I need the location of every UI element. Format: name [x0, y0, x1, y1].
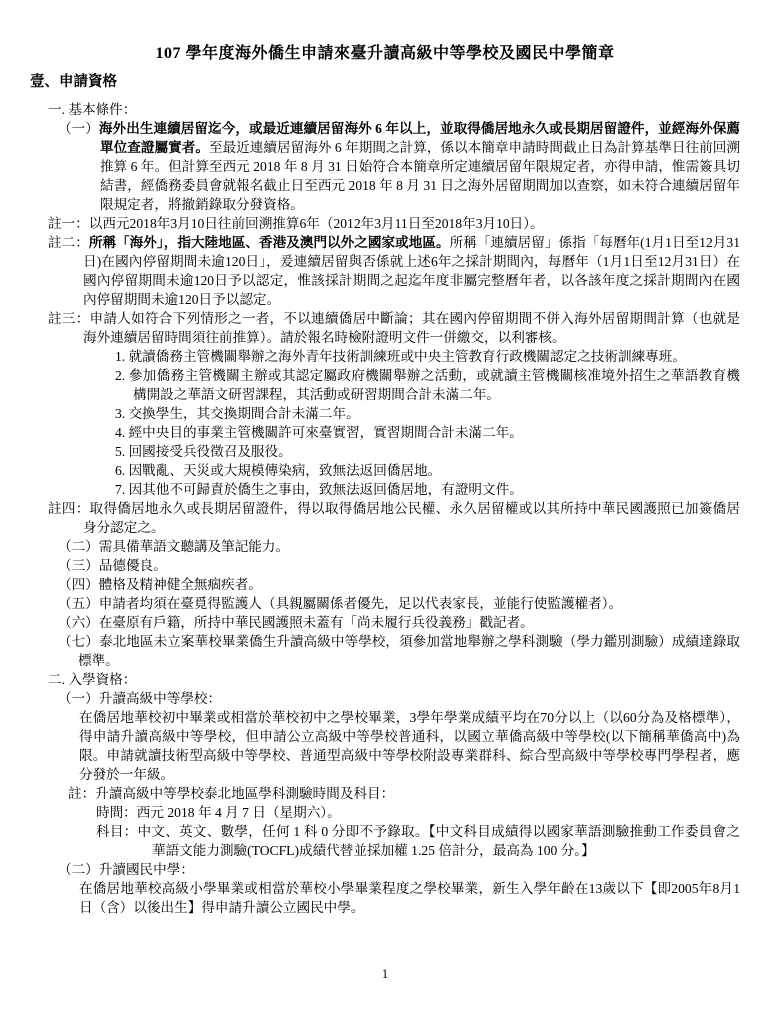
- clause-4-health-text: 體格及精神健全無痼疾者。: [99, 577, 262, 592]
- clause-6-household-registration-text: 在臺原有戶籍，所持中華民國護照未蓋有「尚未履行兵役義務」戳記者。: [99, 615, 534, 630]
- note-3-list-item-5: 5. 回國接受兵役徵召及服役。: [0, 442, 770, 461]
- body-senior-high-text: 在僑居地華校初中畢業或相當於華校初中之學校畢業，3學年學業成績平均在70分以上（…: [79, 710, 740, 782]
- clause-2-language-ability: （二）需具備華語文聽講及筆記能力。: [0, 537, 770, 556]
- clause-5-guardian: （五）申請者均須在臺覓得監護人（具親屬關係者優先，足以代表家長，並能行使監護權者…: [0, 594, 770, 613]
- note-subject-test: 註：升讀高級中等學校泰北地區學科測驗時間及科目：: [0, 784, 770, 803]
- note-3-list-item-5-text: 5. 回國接受兵役徵召及服役。: [115, 444, 292, 459]
- test-subjects-text: 科目：中文、英文、數學，任何 1 科 0 分即不予錄取。【中文科目成績得以國家華…: [96, 824, 740, 858]
- note-3-list-item-6: 6. 因戰亂、天災或大規模傳染病，致無法返回僑居地。: [0, 461, 770, 480]
- note-3-list-item-4-text: 4. 經中央目的事業主管機關許可來臺實習，實習期間合計未滿二年。: [115, 425, 523, 440]
- clause-6-household-registration: （六）在臺原有戶籍，所持中華民國護照未蓋有「尚未履行兵役義務」戳記者。: [0, 613, 770, 632]
- clause-2-language-ability-text: 需具備華語文聽講及筆記能力。: [99, 539, 289, 554]
- note-4: 註四：取得僑居地永久或長期居留證件，得以取得僑居地公民權、永久居留權或以其所持中…: [0, 499, 770, 537]
- clause-3-conduct: （三）品德優良。: [0, 556, 770, 575]
- clause-5-guardian-text: 申請者均須在臺覓得監護人（具親屬關係者優先，足以代表家長，並能行使監護權者）。: [99, 596, 622, 611]
- heading-basic-conditions: 一. 基本條件：: [0, 100, 770, 119]
- test-subjects: 科目：中文、英文、數學，任何 1 科 0 分即不予錄取。【中文科目成績得以國家華…: [0, 822, 770, 860]
- heading-application-eligibility-text: 壹、申請資格: [30, 74, 117, 90]
- note-3-list-item-2: 2. 參加僑務主管機關主辦或其認定屬政府機關舉辦之活動，或就讀主管機關核准境外招…: [0, 366, 770, 404]
- page-number: 1: [0, 966, 770, 982]
- subheading-senior-high-text: （一）升讀高級中等學校：: [58, 691, 221, 706]
- note-3-list-item-3-text: 3. 交換學生，其交換期間合計未滿二年。: [115, 406, 360, 421]
- note-3-list-item-7: 7. 因其他不可歸責於僑生之事由，致無法返回僑居地，有證明文件。: [0, 480, 770, 499]
- note-3-list-item-4: 4. 經中央目的事業主管機關許可來臺實習，實習期間合計未滿二年。: [0, 423, 770, 442]
- note-3-list-item-2-text: 2. 參加僑務主管機關主辦或其認定屬政府機關舉辦之活動，或就讀主管機關核准境外招…: [115, 368, 740, 402]
- note-3-list-item-6-text: 6. 因戰亂、天災或大規模傳染病，致無法返回僑居地。: [115, 463, 441, 478]
- note-subject-test-text: 註：升讀高級中等學校泰北地區學科測驗時間及科目：: [68, 786, 394, 801]
- clause-7-northern-thailand: （七）泰北地區未立案華校畢業僑生升讀高級中等學校，須參加當地舉辦之學科測驗（學力…: [0, 632, 770, 670]
- clause-1-overseas-residency: （一）海外出生連續居留迄今，或最近連續居留海外 6 年以上，並取得僑居地永久或長…: [0, 119, 770, 214]
- clause-5-guardian-text: （五）: [58, 596, 99, 611]
- document-page: 107 學年度海外僑生申請來臺升讀高級中等學校及國民中學簡章 壹、申請資格一. …: [0, 0, 770, 1024]
- note-3-list-item-1: 1. 就讀僑務主管機關舉辦之海外青年技術訓練班或中央主管教育行政機關認定之技術訓…: [0, 347, 770, 366]
- clause-4-health: （四）體格及精神健全無痼疾者。: [0, 575, 770, 594]
- note-4-text: 註四：取得僑居地永久或長期居留證件，得以取得僑居地公民權、永久居留權或以其所持中…: [48, 501, 740, 535]
- document-body: 壹、申請資格一. 基本條件：（一）海外出生連續居留迄今，或最近連續居留海外 6 …: [0, 73, 770, 917]
- clause-3-conduct-text: 品德優良。: [99, 558, 167, 573]
- note-3-list-item-7-text: 7. 因其他不可歸責於僑生之事由，致無法返回僑居地，有證明文件。: [115, 482, 523, 497]
- note-3-list-item-1-text: 1. 就讀僑務主管機關舉辦之海外青年技術訓練班或中央主管教育行政機關認定之技術訓…: [115, 349, 686, 364]
- clause-2-language-ability-text: （二）: [58, 539, 99, 554]
- note-3: 註三：申請人如符合下列情形之一者，不以連續僑居中斷論；其在國內停留期間不併入海外…: [0, 309, 770, 347]
- note-1-text: 註一：以西元2018年3月10日往前回溯推算6年（2012年3月11日至2018…: [48, 216, 544, 231]
- heading-application-eligibility: 壹、申請資格: [0, 73, 770, 92]
- note-1: 註一：以西元2018年3月10日往前回溯推算6年（2012年3月11日至2018…: [0, 214, 770, 233]
- clause-7-northern-thailand-text: （七）: [58, 634, 99, 649]
- subheading-junior-high-text: （二）升讀國民中學：: [58, 862, 194, 877]
- test-time: 時間：西元 2018 年 4 月 7 日（星期六）。: [0, 803, 770, 822]
- clause-3-conduct-text: （三）: [58, 558, 99, 573]
- subheading-senior-high: （一）升讀高級中等學校：: [0, 689, 770, 708]
- note-3-list-item-3: 3. 交換學生，其交換期間合計未滿二年。: [0, 404, 770, 423]
- body-senior-high: 在僑居地華校初中畢業或相當於華校初中之學校畢業，3學年學業成績平均在70分以上（…: [0, 708, 770, 784]
- heading-admission-qualifications-text: 二. 入學資格：: [48, 672, 136, 687]
- subheading-junior-high: （二）升讀國民中學：: [0, 860, 770, 879]
- body-junior-high-text: 在僑居地華校高級小學畢業或相當於華校小學畢業程度之學校畢業，新生入學年齡在13歲…: [79, 881, 740, 915]
- document-title: 107 學年度海外僑生申請來臺升讀高級中等學校及國民中學簡章: [0, 0, 770, 64]
- clause-6-household-registration-text: （六）: [58, 615, 99, 630]
- note-2-text: 所稱「海外」，指大陸地區、香港及澳門以外之國家或地區。: [89, 235, 450, 250]
- clause-7-northern-thailand-text: 泰北地區未立案華校畢業僑生升讀高級中等學校，須參加當地舉辦之學科測驗（學力鑑別測…: [78, 634, 740, 668]
- note-2: 註二：所稱「海外」，指大陸地區、香港及澳門以外之國家或地區。所稱「連續居留」係指…: [0, 233, 770, 309]
- test-time-text: 時間：西元 2018 年 4 月 7 日（星期六）。: [96, 805, 341, 820]
- note-3-text: 註三：申請人如符合下列情形之一者，不以連續僑居中斷論；其在國內停留期間不併入海外…: [48, 311, 740, 345]
- body-junior-high: 在僑居地華校高級小學畢業或相當於華校小學畢業程度之學校畢業，新生入學年齡在13歲…: [0, 879, 770, 917]
- clause-1-overseas-residency-text: （一）: [58, 121, 99, 136]
- note-2-text: 註二：: [48, 235, 89, 250]
- heading-basic-conditions-text: 一. 基本條件：: [48, 102, 136, 117]
- heading-admission-qualifications: 二. 入學資格：: [0, 670, 770, 689]
- clause-4-health-text: （四）: [58, 577, 99, 592]
